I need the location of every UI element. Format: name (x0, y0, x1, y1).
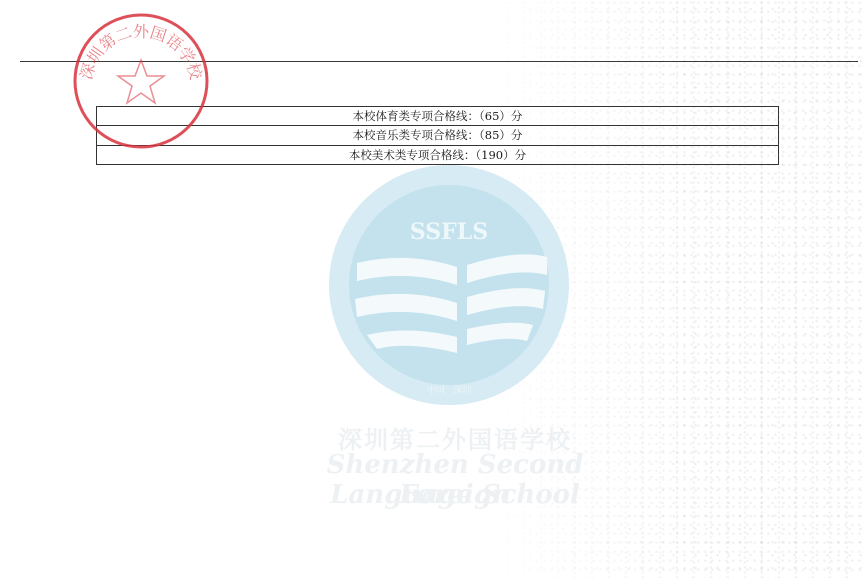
school-logo-watermark: SSFLS 中国 · 深圳 (327, 163, 572, 408)
header-rule (20, 61, 858, 62)
svg-text:深圳第二外国语学校: 深圳第二外国语学校 (76, 22, 206, 83)
table-row: 本校音乐类专项合格线：（85）分 (97, 126, 779, 146)
table-row: 本校美术类专项合格线：（190）分 (97, 146, 779, 165)
logo-text: SSFLS (410, 219, 488, 245)
pe-score-cell: 本校体育类专项合格线：（65）分 (97, 107, 779, 126)
music-score-cell: 本校音乐类专项合格线：（85）分 (97, 126, 779, 146)
watermark-school-name-en-2: Language School (280, 480, 630, 510)
table-row: 本校体育类专项合格线：（65）分 (97, 107, 779, 126)
scan-noise (480, 0, 863, 578)
star-icon (118, 60, 164, 103)
art-score-cell: 本校美术类专项合格线：（190）分 (97, 146, 779, 165)
qualification-score-table: 本校体育类专项合格线：（65）分 本校音乐类专项合格线：（85）分 本校美术类专… (96, 106, 779, 165)
watermark-school-name-cn: 深圳第二外国语学校 (280, 420, 630, 455)
watermark-school-name-en-1: Shenzhen Second Foreign (280, 450, 630, 510)
logo-bottom-text: 中国 · 深圳 (427, 384, 472, 396)
